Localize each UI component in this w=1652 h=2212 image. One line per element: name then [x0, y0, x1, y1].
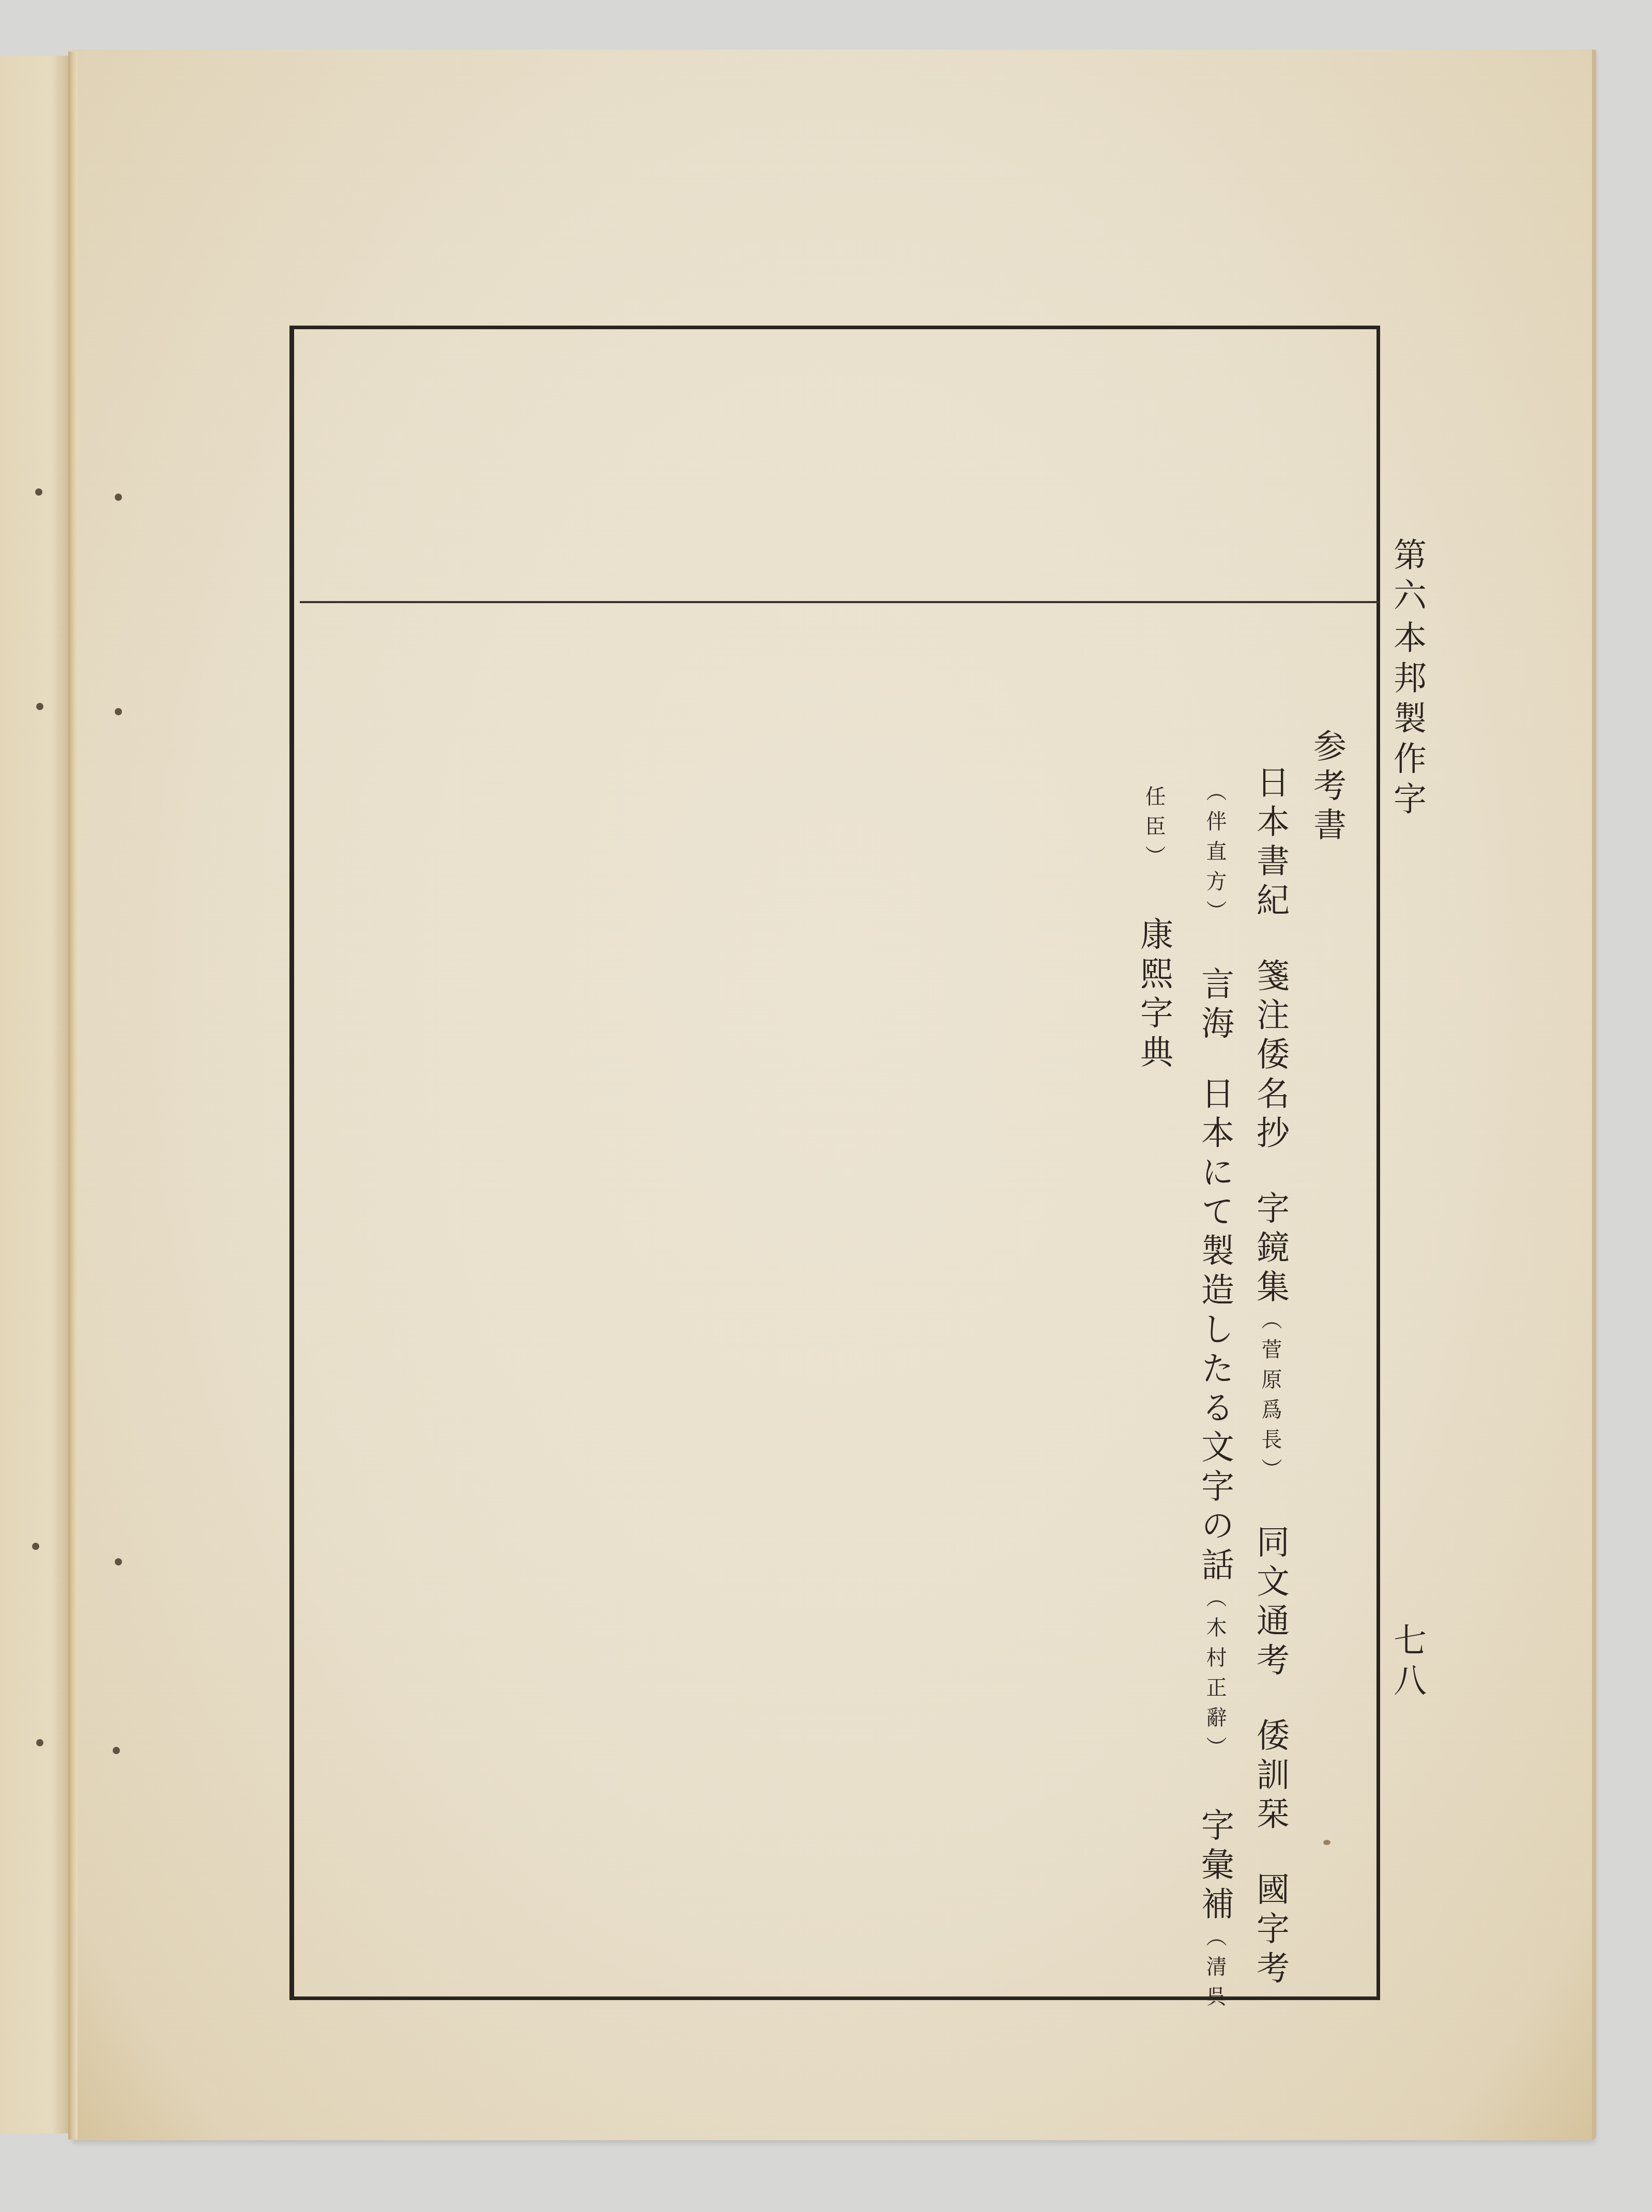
binding-hole — [32, 1543, 39, 1550]
reference-title: 同文通考 — [1251, 1525, 1289, 1682]
reference-title: 日本書紀 — [1251, 765, 1289, 922]
reference-title: 國字考 — [1251, 1872, 1289, 1990]
header-rule — [300, 601, 1379, 603]
binding-hole — [115, 494, 122, 501]
section-heading: 参考書 — [1310, 729, 1343, 847]
binding-hole — [115, 708, 122, 715]
reference-author: （伴直方） — [1203, 780, 1227, 930]
reference-title: 康熙字典 — [1135, 917, 1173, 1074]
page-number: 七八 — [1390, 1623, 1424, 1703]
book-gutter — [68, 52, 78, 2140]
reference-title: 倭訓栞 — [1251, 1718, 1289, 1836]
chapter-title: 本邦製作字 — [1390, 620, 1424, 822]
reference-author: （木村正辭） — [1203, 1587, 1227, 1766]
reference-author: （清呉 — [1203, 1926, 1227, 2016]
reference-title: 言海 — [1196, 966, 1234, 1045]
reference-column-2: （伴直方）言海日本にて製造したる文字の話（木村正辭）字彙補（清呉 — [1198, 780, 1231, 2016]
reference-title: 日本にて製造したる文字の話 — [1196, 1076, 1234, 1587]
binding-hole — [115, 1558, 122, 1565]
reference-author: （菅原爲長） — [1258, 1309, 1282, 1488]
chapter-label: 第六 — [1390, 537, 1424, 618]
binding-hole — [35, 488, 42, 496]
reference-title: 字彙補 — [1196, 1808, 1234, 1926]
binding-hole — [36, 1739, 43, 1746]
binding-hole — [36, 703, 43, 710]
left-page-edge — [0, 56, 73, 2133]
reference-author: 任臣） — [1142, 786, 1166, 875]
binding-hole — [113, 1747, 120, 1754]
reference-column-3: 任臣）康熙字典 — [1137, 786, 1170, 1074]
reference-title: 字鏡集 — [1251, 1191, 1289, 1309]
reference-column-1: 日本書紀箋注倭名抄字鏡集（菅原爲長）同文通考倭訓栞國字考 — [1253, 765, 1287, 1990]
reference-title: 箋注倭名抄 — [1251, 958, 1289, 1155]
